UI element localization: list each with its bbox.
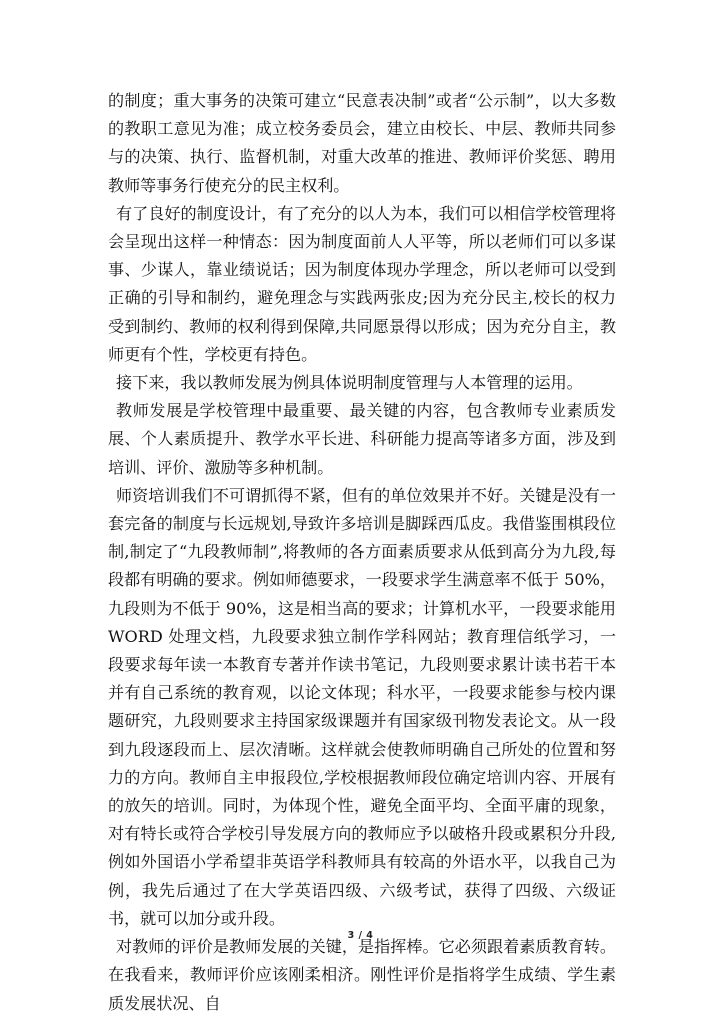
paragraph-4: 教师发展是学校管理中最重要、最关键的内容，包含教师专业素质发展、个人素质提升、教…: [108, 397, 616, 482]
paragraph-6: 对教师的评价是教师发展的关键，是指挥棒。它必须跟着素质教育转。在我看来，教师评价…: [108, 933, 616, 1018]
page-number: 3 / 4: [0, 930, 721, 941]
paragraph-5: 师资培训我们不可谓抓得不紧，但有的单位效果并不好。关键是没有一套完备的制度与长远…: [108, 482, 616, 933]
paragraph-2: 有了良好的制度设计，有了充分的以人为本，我们可以相信学校管理将会呈现出这样一种情…: [108, 200, 616, 369]
paragraph-3: 接下来，我以教师发展为例具体说明制度管理与人本管理的运用。: [108, 369, 616, 397]
paragraph-1: 的制度；重大事务的决策可建立“民意表决制”或者“公示制”，以大多数的教职工意见为…: [108, 87, 616, 200]
document-page: 的制度；重大事务的决策可建立“民意表决制”或者“公示制”，以大多数的教职工意见为…: [0, 0, 721, 1020]
document-body: 的制度；重大事务的决策可建立“民意表决制”或者“公示制”，以大多数的教职工意见为…: [108, 87, 616, 1018]
